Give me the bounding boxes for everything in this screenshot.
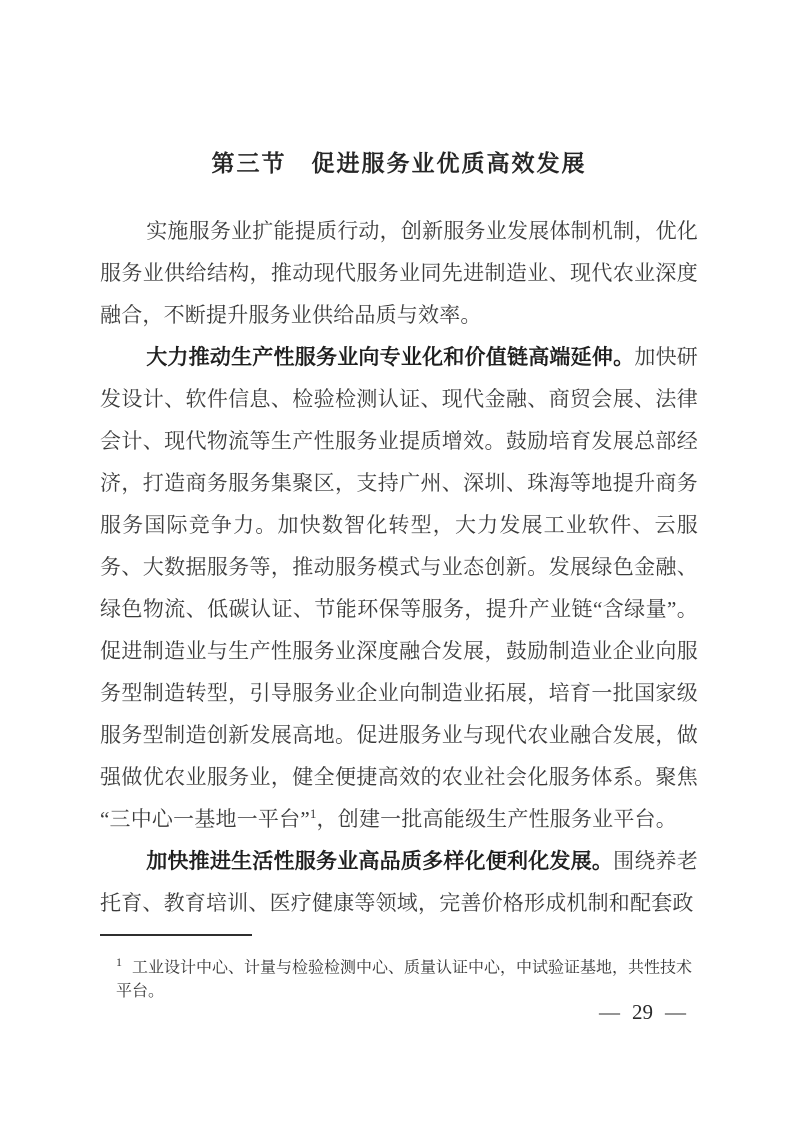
document-page: 第三节 促进服务业优质高效发展 实施服务业扩能提质行动，创新服务业发展体制机制，… [0,0,794,1123]
paragraph-1-text: 实施服务业扩能提质行动，创新服务业发展体制机制，优化服务业供给结构，推动现代服务… [100,219,698,327]
footnote-area: 1工业设计中心、计量与检验检测中心、质量认证中心，中试验证基地，共性技术平台。 [100,934,698,1004]
page-content: 第三节 促进服务业优质高效发展 实施服务业扩能提质行动，创新服务业发展体制机制，… [100,148,698,924]
page-number: — 29 — [599,1000,686,1025]
section-title: 第三节 促进服务业优质高效发展 [100,148,698,180]
footnote-divider [100,934,252,936]
paragraph-1: 实施服务业扩能提质行动，创新服务业发展体制机制，优化服务业供给结构，推动现代服务… [100,210,698,336]
page-number-dash-right: — [665,1000,686,1025]
paragraph-3-lead: 加快推进生活性服务业高品质多样化便利化发展。 [146,849,613,873]
footnote: 1工业设计中心、计量与检验检测中心、质量认证中心，中试验证基地，共性技术平台。 [100,950,698,1004]
paragraph-2-text: 加快研发设计、软件信息、检验检测认证、现代金融、商贸会展、法律会计、现代物流等生… [100,345,698,831]
footnote-marker: 1 [116,955,122,969]
footnote-text: 工业设计中心、计量与检验检测中心、质量认证中心，中试验证基地，共性技术平台。 [116,959,692,1000]
paragraph-2-text-after-ref: ，创建一批高能级生产性服务业平台。 [317,807,677,831]
paragraph-2-lead: 大力推动生产性服务业向专业化和价值链高端延伸。 [146,345,634,369]
paragraph-3: 加快推进生活性服务业高品质多样化便利化发展。围绕养老托育、教育培训、医疗健康等领… [100,840,698,924]
footnote-reference-mark: 1 [310,806,317,821]
page-number-value: 29 [632,1000,653,1025]
page-number-dash-left: — [599,1000,620,1025]
paragraph-2: 大力推动生产性服务业向专业化和价值链高端延伸。加快研发设计、软件信息、检验检测认… [100,336,698,840]
